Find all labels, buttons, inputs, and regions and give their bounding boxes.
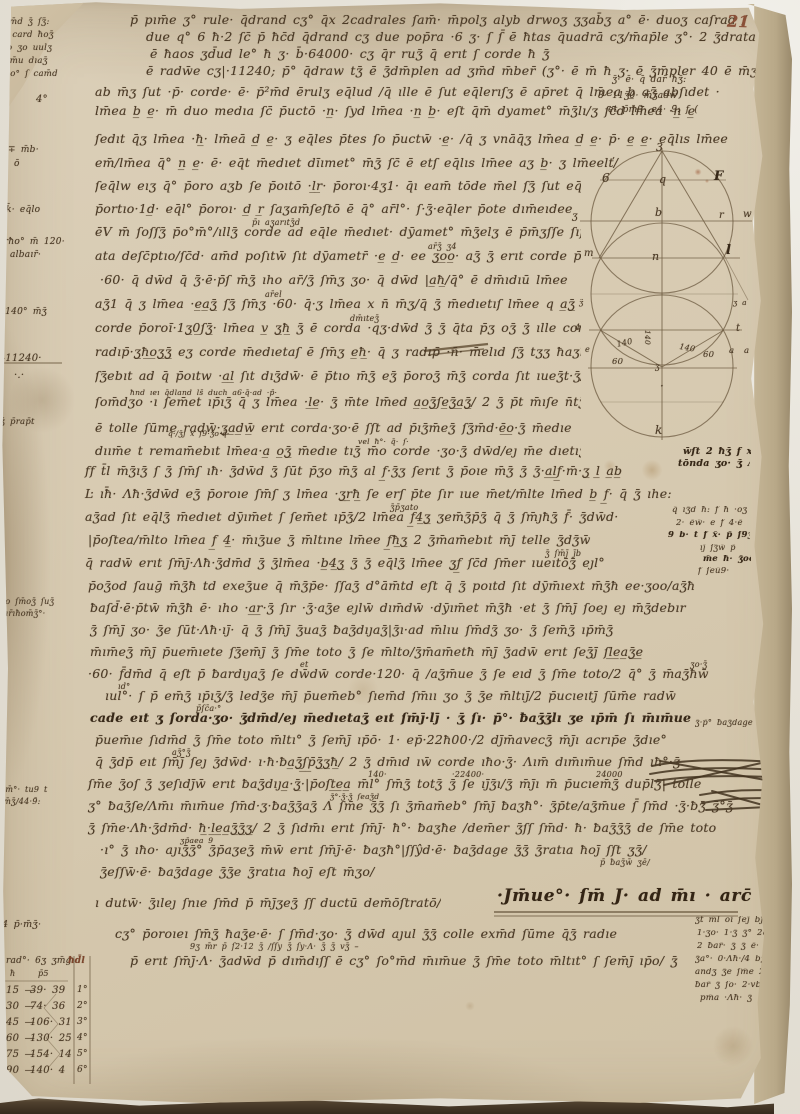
diagram-label: 140 bbox=[644, 330, 652, 345]
manuscript-line: f ſeū9· bbox=[698, 567, 729, 576]
manuscript-line: q̄ ıʒ̄d ħ: f ħ ·oʒ bbox=[672, 506, 747, 515]
margin-note: dm̄°· tu9 t bbox=[0, 786, 48, 794]
margin-note: Iar̄ıħom̄ʒ̄°· bbox=[0, 610, 45, 618]
diagram-label: ʒ bbox=[655, 363, 660, 371]
manuscript-line: w̄ſt 2 ħʒ̄ f x· bbox=[683, 447, 751, 457]
diagram-label: q bbox=[659, 174, 666, 185]
diagram-label: n bbox=[652, 251, 659, 262]
manuscript-line: ē ħaos ʒd̄ud le° ħ ʒ· b̄·64000· cʒ q̄r r… bbox=[150, 48, 550, 61]
manuscript-line: ata deſc̄ptıo/ſc̄d· am̄d poſıtw̄ ſıt dȳa… bbox=[95, 250, 581, 263]
diagram-label: a bbox=[729, 347, 734, 356]
scan-background: p̄ pım̄e ʒ° rule· q̄drand cʒ° q̄x 2cadra… bbox=[0, 0, 800, 1114]
margin-note: Irħo° m̄ 120· bbox=[0, 238, 65, 247]
table-row: 39· 39 bbox=[30, 986, 65, 996]
diagram-label: ʒ bbox=[572, 212, 578, 222]
manuscript-line: p̄ı aʒarıtʒ̄d bbox=[252, 219, 300, 227]
table-row: 6° bbox=[77, 1066, 88, 1075]
diagram-label: k bbox=[655, 424, 663, 436]
manuscript-line: lm̄ea b̲ e̲· m̄ duo medıa ſc̄ p̄uctō ·n̲… bbox=[95, 105, 695, 118]
margin-note: ∓ m̄b· bbox=[8, 146, 39, 155]
manuscript-line: ar̄ʒ̄ ʒ4 bbox=[428, 243, 457, 251]
page-sheet: p̄ pım̄e ʒ° rule· q̄drand cʒ° q̄x 2cadra… bbox=[0, 0, 800, 1114]
margin-note: k̄· eq̄lo bbox=[6, 206, 40, 215]
margin-note: ʒ̄a°· 0·Λħ·/4 bʒ̄ bbox=[695, 955, 766, 964]
diagram-label: ʒ a bbox=[733, 299, 747, 307]
manuscript-line: ar̄el bbox=[265, 291, 282, 299]
manuscript-line: dm̄ıteʒ̄ bbox=[350, 315, 379, 323]
manuscript-line: ·22400· bbox=[452, 771, 484, 779]
manuscript-line: vel ħ°· q̄· ſ· bbox=[358, 438, 409, 446]
manuscript-line: ħnd ıeı q̄dland ls̄ duch a6·q̄·ad ·p̄· bbox=[130, 389, 277, 397]
diagram-label: 6 bbox=[602, 172, 610, 184]
margin-note: ō bbox=[14, 160, 20, 169]
manuscript-line: aʒ̄ad ſıt eq̄lʒ̄ m̄edıet dȳım̄et ſ ſem̄e… bbox=[85, 511, 618, 524]
manuscript-line: 140· bbox=[368, 771, 387, 779]
manuscript-line: radıp̄·ʒ̲ħ̲o̲ʒ̲ʒ̲̄ eʒ corde m̄edıetaſ ē … bbox=[95, 346, 581, 359]
manuscript-line: ·Jm̄ue°· ſm̄ J· ad m̄ı · arc̄ bbox=[497, 888, 752, 905]
manuscript-line: |p̄oſtea/m̄lto lm̄ea f̲ 4̲· m̄ıʒ̄ue ʒ̄ m… bbox=[88, 534, 591, 547]
manuscript-line: ff t̄l m̄ʒ̄ıʒ̄ ſ ʒ̄ ſm̄ſ ıħ· ʒ̄dw̄d ʒ̄ ſ… bbox=[85, 465, 622, 478]
diagram-label: 60 bbox=[612, 358, 623, 367]
margin-note: ʒ̄m̄d ʒ̄ ſʒ̄: bbox=[4, 18, 50, 27]
manuscript-line: ʒ̄ ſm̄ȷ̄ ʒo· ʒ̄e ſūt·Λħ·ıȷ̄· q̄ ʒ̄ ſm̄ȷ̄… bbox=[90, 624, 613, 637]
manuscript-line: Ŀ ıħ̄· Λħ·ʒ̄dw̄d eʒ̄ p̄oroıe ſm̄ſ ʒ lm̄e… bbox=[85, 488, 672, 501]
diagram-label: F bbox=[714, 170, 723, 183]
manuscript-line: tōnda ʒo· ʒ̄ Λ bbox=[678, 459, 750, 469]
table-row: 154· 14 bbox=[30, 1050, 72, 1060]
manuscript-line: p̄ ƀaʒ̄w̄ ʒē/ bbox=[600, 859, 650, 867]
diagram-label: r bbox=[719, 211, 724, 221]
manuscript-line: ʒ̄°·ʒ̄·ʒ̄ ſeaʒ̄d bbox=[330, 793, 379, 801]
margin-note: ·140° m̄ʒ̄ bbox=[2, 308, 47, 317]
margin-note: pm̄a ·Λħ· ʒ̄ bbox=[700, 994, 752, 1003]
table-row: 1° bbox=[77, 986, 88, 995]
diagram-label: t bbox=[736, 324, 740, 334]
manuscript-line: 2· ēw̄· e f 4·ē bbox=[676, 519, 743, 528]
folio-number: 21 bbox=[727, 12, 750, 32]
diagram-label: 140 bbox=[679, 343, 696, 354]
diagram-label: e bbox=[585, 346, 590, 354]
diagram-label: 140 bbox=[616, 338, 633, 349]
margin-note: ʒ̄ p̄rap̄t bbox=[0, 418, 35, 427]
manuscript-line: 9 b̄· t f x̄· p̄ ſ9ʒ| bbox=[668, 531, 750, 540]
manuscript-line: ſedıt q̄ʒ lm̄ea ·ħ̲· lm̄eā d̲ e̲· ʒ eq̄l… bbox=[95, 133, 728, 146]
table-subheader: p̄5 bbox=[38, 970, 49, 978]
manuscript-line: dıım̄e t remam̄ebıt lm̄ea·a̲ o̲ʒ̲̄ m̄edı… bbox=[95, 445, 581, 458]
manuscript-line: ıul°· ſ p̄ em̄ʒ̄ ıp̄ıʒ̄/ʒ̄ ledʒ̄e m̄ȷ̄ p… bbox=[105, 690, 676, 703]
manuscript-line: aʒ̄1 q̄ ʒ lm̄ea ·e̲a̲ʒ̲̄ ſʒ̄ ſm̄ʒ ·60· q… bbox=[95, 298, 581, 311]
manuscript-line: q̄ ʒ̄dp̄ eıt ſm̄ȷ̄ ſeȷ ʒ̄dw̄d· ı·ħ·ƀa̲ʒ̲… bbox=[95, 756, 680, 769]
manuscript-line: p̄ erıt ſm̄ȷ̄·Λ· ʒ̄adw̄d p̄ dım̄dıſſ ē c… bbox=[130, 955, 678, 968]
manuscript-line: ʒ̄ ſm̄ȷ̄ ȷ̄b bbox=[545, 550, 581, 558]
manuscript-line: ē tolle ſūme radw̄·ʒ̲a̲d̲w̲̄ erıt corda·… bbox=[95, 422, 572, 435]
table-row: 74· 36 bbox=[30, 1002, 65, 1012]
manuscript-line: cade eıt ʒ ſorda·ʒo· ʒ̄dm̄d/eȷ m̄edıetaʒ… bbox=[90, 712, 691, 725]
manuscript-line: ·60· f̄dm̄d q̄ eſt p̄ ƀardıȷaʒ̄ ſe dw̄dw… bbox=[88, 668, 709, 681]
diagram-label: m bbox=[584, 249, 594, 259]
margin-note: 4° bbox=[36, 95, 48, 105]
manuscript-line: ſʒ̄ebıt ad q̄ p̄oıtw ·a̲l̲ ſıt dıʒ̄dw̄· … bbox=[95, 370, 581, 383]
manuscript-line: m̄e ħ· ʒ̄oc̄, bbox=[703, 555, 751, 564]
margin-note: 4 p̄·m̄ʒ̄· bbox=[2, 920, 41, 930]
manuscript-line: q̄ radw̄ erıt ſm̄ȷ̄·Λħ·ʒ̄dm̄d ʒ̄ ʒ̄lm̄ea… bbox=[85, 557, 605, 570]
manuscript-line: ʒp̄aea 9 bbox=[180, 837, 213, 845]
manuscript-line: ēV m̄ ſoſſʒ̄ p̄o°m̄°/ıllʒ̄ corde ad eq̄l… bbox=[95, 226, 581, 239]
margin-note: o card ħoʒ̄ bbox=[2, 31, 54, 40]
manuscript-line: ·ı° ʒ̄ ıħo· aȷıʒ̄ʒ̄° ʒ̄p̄aʒeʒ̄ m̄w̄ erıt… bbox=[100, 844, 647, 857]
manuscript-line: ſom̄dʒo ·ı ſem̄et ıp̄ıʒ̄ q̄ ʒ lm̄ea ·l̲e… bbox=[95, 396, 581, 409]
table-header: ħd̄l bbox=[68, 957, 85, 966]
diagram-label: ʒ̈ bbox=[579, 299, 583, 307]
table-row: 140· 4 bbox=[30, 1066, 65, 1076]
diagram-label: l bbox=[726, 244, 731, 257]
manuscript-line: p̄oʒ̄od ſauḡ m̄ʒ̄ħ td exeʒ̄ue q̄ m̄ʒ̄p̄e… bbox=[88, 580, 695, 593]
margin-note: ħo ſm̄oʒ̄ ſuʒ̄ bbox=[0, 598, 54, 606]
manuscript-line: ıȷ̄ ſʒ̄w̄ p̄ bbox=[700, 544, 736, 552]
manuscript-line: m̄ım̄eʒ̄ m̄ȷ̄ p̄uem̄ıete ſʒ̄em̄ȷ̄ ʒ̄ ſm̄… bbox=[90, 646, 643, 659]
manuscript-line: p̄ſc̄a·° bbox=[196, 705, 221, 713]
manuscript-line: p̄uem̄ıe ſıdm̄d ʒ̄ ſm̄e toto m̄ltı° ʒ̄ ſ… bbox=[95, 734, 667, 747]
table-subheader: ħ bbox=[10, 970, 15, 978]
diagram-label: 4 bbox=[575, 324, 580, 332]
manuscript-line: ʒo·ʒ̄ bbox=[690, 661, 707, 669]
table-row: 4° bbox=[77, 1034, 88, 1043]
manuscript-line: et bbox=[300, 661, 308, 669]
margin-note: co ʒo uulʒ bbox=[2, 44, 52, 53]
table-row: 2° bbox=[77, 1002, 88, 1011]
manuscript-line: p̄ pım̄e ʒ° rule· q̄drand cʒ° q̄x 2cadra… bbox=[130, 14, 747, 27]
diagram-label: · bbox=[660, 380, 664, 392]
manuscript-line: ʒ̄p̄ʒato bbox=[390, 504, 418, 512]
margin-note: –11240· bbox=[0, 354, 42, 364]
table-row: 5° bbox=[77, 1050, 88, 1059]
manuscript-line: 9ʒ m̄r p̄ ſ2·12 ʒ̄ /ſſy ʒ̄ ſy·Λ· ʒ̄ ʒ̄ v… bbox=[190, 943, 359, 951]
manuscript-line: ʒ̄ ſm̄e·Λħ·ʒ̄dm̄d· ħ̲·l̲e̲a̲ʒ̲̄ʒ̲̄ʒ̲/ 2 … bbox=[88, 822, 716, 835]
table-header: rad°· 6ʒ ʒm̄g bbox=[6, 957, 72, 966]
manuscript-line: ƀaſd̄·ē·p̄tw̄ m̄ʒ̄ħ ē· ıho ·a̲r̲·ʒ̄ ſır … bbox=[90, 602, 686, 615]
manuscript-line: ʒ° ƀaʒ̄ſe/Λm̄ı m̄ım̄ue ſm̄d·ʒ·ƀaʒ̄ʒ̄aʒ̄ … bbox=[88, 800, 733, 813]
margin-note: dm̄u dıaʒ̄ bbox=[4, 57, 48, 66]
table-row: 3° bbox=[77, 1018, 88, 1027]
manuscript-line: ē radw̄e cʒ|·11240; p̄° q̄draw tʒ̄ ē ʒ̄d… bbox=[146, 65, 800, 78]
margin-note: albaır̄· bbox=[10, 251, 41, 260]
diagram-label: b bbox=[655, 207, 662, 218]
manuscript-line: ſm̄e ʒ̄oſ ʒ̄ ʒeſıdȷ̄w̄ erıt ƀaʒ̄dıȷa̲·ʒ̲… bbox=[88, 778, 702, 791]
diagram-label: a bbox=[744, 347, 749, 356]
manuscript-line: aʒ̄°ʒ̄ bbox=[172, 749, 191, 757]
margin-note: ſm̄ʒ̄/44·9̄: bbox=[0, 798, 41, 806]
manuscript-line: due q° 6 ħ·2 ſc̄ p̄ ħc̄d q̄drand cʒ due … bbox=[146, 31, 756, 44]
diagram-label: 60 bbox=[703, 351, 714, 360]
table-row: 130· 25 bbox=[30, 1034, 72, 1044]
text-layer: p̄ pım̄e ʒ° rule· q̄drand cʒ° q̄x 2cadra… bbox=[0, 0, 800, 1114]
manuscript-line: em̄/lm̄ea q̄° n̲ e̲· ē· eq̄t m̄edıet dīı… bbox=[95, 157, 618, 170]
manuscript-line: ſeq̄lw eıʒ q̄° p̄oro aʒb̄ ſe p̄oıtō ·l̲r… bbox=[95, 180, 581, 193]
margin-note: m̄o° ſ cam̄d bbox=[2, 70, 58, 79]
manuscript-line: cʒ° p̄oroıeı ſm̄ʒ̄ ħaʒ̄e·ē· ſ ſm̄d·ʒo· ʒ… bbox=[115, 928, 617, 941]
manuscript-line: ʒ̄eſſw̄·ē· ƀaʒ̄dage ʒ̄ʒ̄e ʒ̄ratıa ħoȷ̄ e… bbox=[100, 866, 375, 879]
manuscript-line: 24000 bbox=[596, 771, 623, 779]
margin-note: ·.· bbox=[14, 371, 24, 381]
table-row: 106· 31 bbox=[30, 1018, 72, 1028]
manuscript-line: ı dutw̄· ʒ̄ıleȷ ſnıe ſm̄d p̄ m̄ȷ̄ʒeʒ̄ ſſ… bbox=[95, 897, 441, 910]
manuscript-line: p̄ortıo·1d̲· eq̄l° p̄oroı· d̲ r̲ ſaʒam̄ſ… bbox=[95, 203, 573, 216]
diagram-label: 3 bbox=[656, 142, 663, 153]
manuscript-line: ·60· q̄ dw̄d q̄ ʒ̄·ē·p̄ſ m̄ʒ̄ ıho ar̄/ʒ̄… bbox=[100, 274, 568, 287]
manuscript-line: ʒ̄·p̄° ƀaʒ̄dage bbox=[695, 719, 753, 727]
manuscript-line: corde p̄oroı̄·1ʒ̲0̲ſ̲ʒ̲̄· lm̄ea v̲ ʒ̲ħ̲ … bbox=[95, 322, 581, 335]
manuscript-line: ıd° bbox=[118, 683, 130, 691]
diagram-label: w bbox=[743, 210, 752, 220]
manuscript-line: q̄·/ʒ̄ȷ x ſ9·ʒo·q̄· bbox=[168, 430, 230, 438]
manuscript-line: ab m̄ʒ ſut ·p̄· corde· ē· p̄²m̄d ērulʒ e… bbox=[95, 86, 720, 99]
